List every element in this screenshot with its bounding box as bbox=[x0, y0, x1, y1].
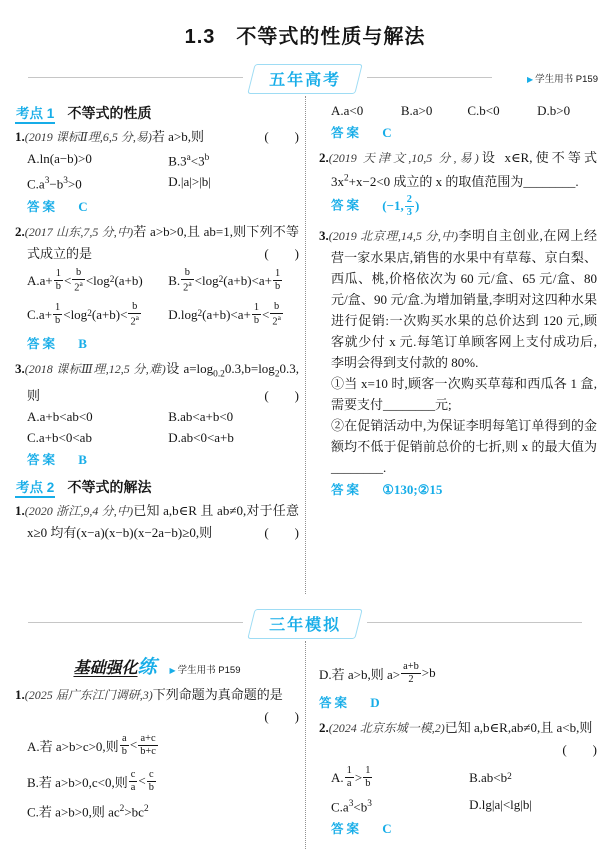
practice-heading: 基础强化练▶学生用书 P159 bbox=[15, 652, 299, 679]
banner-rule-left bbox=[28, 77, 243, 78]
practice-student-book-ref: ▶学生用书 P159 bbox=[170, 665, 241, 676]
answer-label: 答案 bbox=[331, 822, 362, 836]
option-d: D.lg|a|<lg|b| bbox=[469, 794, 597, 817]
option-d: D.log2(a+b)<a+1b<b2a bbox=[168, 298, 299, 332]
answer-label: 答案 bbox=[27, 200, 58, 214]
question-number: 2. bbox=[319, 150, 329, 165]
kaodian-2-title: 不等式的解法 bbox=[68, 479, 152, 495]
answer-value: C bbox=[382, 821, 391, 836]
ref-arrow-icon: ▶ bbox=[170, 666, 176, 675]
option-grid: A.a+1b<b2a<log2(a+b) B.b2a<log2(a+b)<a+1… bbox=[15, 264, 299, 332]
question-gk-r2: 2.(2019 天津文,10,5 分,易)设 x∈R,使不等式 3x2+x−2<… bbox=[319, 147, 597, 223]
question-text: 李明自主创业,在网上经营一家水果店,销售的水果中有草莓、京白梨、西瓜、桃,价格依… bbox=[331, 228, 597, 370]
question-stem: 3.(2019 北京理,14,5 分,中)李明自主创业,在网上经营一家水果店,销… bbox=[319, 225, 597, 373]
answer-row: 答案 (−1,23) bbox=[319, 192, 597, 223]
option-b: B.b2a<log2(a+b)<a+1b bbox=[168, 264, 299, 298]
answer-row: 答案 B bbox=[15, 448, 299, 472]
banner-rule-left bbox=[28, 622, 243, 623]
option-a: A.a+b<ab<0 bbox=[27, 406, 168, 427]
answer-value: B bbox=[78, 336, 87, 351]
option-a: A.a<0 bbox=[331, 100, 401, 121]
question-number: 3. bbox=[15, 361, 25, 376]
sub-question-2: ②在促销活动中,为保证李明每笔订单得到的金额均不低于促销前总价的七折,则 x 的… bbox=[319, 415, 597, 478]
answer-blank-paren: ( ) bbox=[264, 385, 299, 406]
practice-title-main: 基础强化 bbox=[73, 660, 137, 677]
answer-blank-paren: ( ) bbox=[264, 126, 299, 147]
option-grid: A.a<0 B.a>0 C.b<0 D.b>0 bbox=[319, 100, 597, 121]
option-d: D.|a|>|b| bbox=[168, 171, 299, 194]
practice-title-accent: 练 bbox=[138, 657, 157, 678]
question-number: 1. bbox=[15, 687, 25, 702]
question-mn-1-continued: D.若 a>b,则 a>a+b2>b 答案 D bbox=[319, 645, 597, 715]
option-d: D.b>0 bbox=[537, 100, 597, 121]
option-b: B.若 a>b>0,c<0,则ca<cb bbox=[15, 763, 299, 799]
question-stem: 1.(2025 届广东江门调研,3)下列命题为真命题的是( ) bbox=[15, 684, 299, 727]
option-c: C.a+b<0<ab bbox=[27, 427, 168, 448]
answer-value: (−1,23) bbox=[382, 198, 419, 213]
option-c: C.若 a>b>0,则 ac2>bc2 bbox=[15, 799, 299, 822]
question-source: (2018 课标Ⅲ理,12,5 分,难) bbox=[25, 362, 166, 376]
ref-text: 学生用书 P159 bbox=[535, 74, 598, 85]
question-stem: 1.(2019 课标Ⅱ理,6,5 分,易)若 a>b,则( ) bbox=[15, 126, 299, 148]
question-gk-r3: 3.(2019 北京理,14,5 分,中)李明自主创业,在网上经营一家水果店,销… bbox=[319, 225, 597, 502]
question-gk-3: 3.(2018 课标Ⅲ理,12,5 分,难)设 a=log0.20.3,b=lo… bbox=[15, 358, 299, 473]
answer-row: 答案 D bbox=[319, 691, 597, 715]
option-a: A.ln(a−b)>0 bbox=[27, 148, 168, 171]
question-mn-1: 1.(2025 届广东江门调研,3)下列命题为真命题的是( ) A.若 a>b>… bbox=[15, 684, 299, 822]
gaokao-left-column: 考点 1 不等式的性质 1.(2019 课标Ⅱ理,6,5 分,易)若 a>b,则… bbox=[13, 96, 305, 594]
gaokao-section: 考点 1 不等式的性质 1.(2019 课标Ⅱ理,6,5 分,易)若 a>b,则… bbox=[0, 96, 610, 594]
answer-label: 答案 bbox=[331, 199, 362, 213]
kaodian-1-badge: 考点 1 bbox=[15, 106, 55, 124]
answer-label: 答案 bbox=[27, 453, 58, 467]
question-stem: 1.(2020 浙江,9,4 分,中)已知 a,b∈R 且 ab≠0,对于任意 … bbox=[15, 500, 299, 543]
question-number: 2. bbox=[319, 720, 329, 735]
answer-blank-paren: ( ) bbox=[264, 243, 299, 264]
question-gk-k2-1: 1.(2020 浙江,9,4 分,中)已知 a,b∈R 且 ab≠0,对于任意 … bbox=[15, 500, 299, 543]
sub-question-1: ①当 x=10 时,顾客一次购买草莓和西瓜各 1 盒,需要支付________元… bbox=[319, 373, 597, 415]
question-source: (2019 天津文,10,5 分,易) bbox=[329, 151, 479, 165]
question-gk-k2-1-options: A.a<0 B.a>0 C.b<0 D.b>0 答案 C bbox=[319, 100, 597, 145]
question-text: 若 a>b,则 bbox=[152, 129, 204, 144]
student-book-ref: ▶学生用书 P159 bbox=[523, 71, 598, 85]
banner-rule-right bbox=[367, 77, 492, 78]
question-stem: 2.(2017 山东,7,5 分,中)若 a>b>0,且 ab=1,则下列不等式… bbox=[15, 221, 299, 264]
answer-row: 答案 C bbox=[319, 817, 597, 841]
question-text: 已知 a,b∈R,ab≠0,且 a<b,则 bbox=[445, 720, 593, 735]
gaokao-right-column: A.a<0 B.a>0 C.b<0 D.b>0 答案 C 2.(2019 天津文… bbox=[305, 96, 597, 594]
moni-right-column: D.若 a>b,则 a>a+b2>b 答案 D 2.(2024 北京东城一模,2… bbox=[305, 641, 597, 849]
moni-section: 基础强化练▶学生用书 P159 1.(2025 届广东江门调研,3)下列命题为真… bbox=[0, 641, 610, 849]
option-grid: A.1a>1b B.ab<b2 C.a3<b3 D.lg|a|<lg|b| bbox=[319, 760, 597, 817]
option-c: C.b<0 bbox=[467, 100, 537, 121]
answer-value: C bbox=[382, 125, 391, 140]
answer-row: 答案 C bbox=[15, 195, 299, 219]
option-a: A.a+1b<b2a<log2(a+b) bbox=[27, 264, 168, 298]
option-c: C.a3<b3 bbox=[331, 794, 469, 817]
ref-arrow-icon: ▶ bbox=[527, 75, 533, 84]
answer-blank-paren: ( ) bbox=[264, 706, 299, 727]
question-number: 1. bbox=[15, 503, 25, 518]
option-c: C.a3−b3>0 bbox=[27, 171, 168, 194]
question-gk-2: 2.(2017 山东,7,5 分,中)若 a>b>0,且 ab=1,则下列不等式… bbox=[15, 221, 299, 356]
question-stem: 3.(2018 课标Ⅲ理,12,5 分,难)设 a=log0.20.3,b=lo… bbox=[15, 358, 299, 407]
question-stem: 2.(2024 北京东城一模,2)已知 a,b∈R,ab≠0,且 a<b,则( … bbox=[319, 717, 597, 760]
option-d: D.ab<0<a+b bbox=[168, 427, 299, 448]
question-source: (2019 课标Ⅱ理,6,5 分,易) bbox=[25, 130, 152, 144]
kaodian-1-title: 不等式的性质 bbox=[68, 105, 152, 121]
moni-banner: 三年模拟 bbox=[0, 607, 610, 637]
answer-label: 答案 bbox=[331, 483, 362, 497]
question-text: 下列命题为真命题的是 bbox=[153, 687, 283, 702]
banner-rule-right bbox=[367, 622, 582, 623]
question-number: 1. bbox=[15, 129, 25, 144]
option-c: C.a+1b<log2(a+b)<b2a bbox=[27, 298, 168, 332]
moni-flag: 三年模拟 bbox=[247, 609, 362, 639]
question-gk-1: 1.(2019 课标Ⅱ理,6,5 分,易)若 a>b,则( ) A.ln(a−b… bbox=[15, 126, 299, 219]
answer-value: ①130;②15 bbox=[382, 482, 442, 497]
option-grid: A.ln(a−b)>0 B.3a<3b C.a3−b3>0 D.|a|>|b| bbox=[15, 148, 299, 195]
moni-left-column: 基础强化练▶学生用书 P159 1.(2025 届广东江门调研,3)下列命题为真… bbox=[13, 641, 305, 849]
answer-blank-paren: ( ) bbox=[264, 522, 299, 543]
question-mn-2: 2.(2024 北京东城一模,2)已知 a,b∈R,ab≠0,且 a<b,则( … bbox=[319, 717, 597, 841]
answer-blank-paren: ( ) bbox=[562, 739, 597, 760]
answer-label: 答案 bbox=[27, 337, 58, 351]
option-b: B.ab<b2 bbox=[469, 760, 597, 794]
kaodian-2-heading: 考点 2 不等式的解法 bbox=[15, 476, 299, 497]
answer-value: C bbox=[78, 199, 87, 214]
question-source: (2024 北京东城一模,2) bbox=[329, 721, 445, 735]
kaodian-1-heading: 考点 1 不等式的性质 bbox=[15, 102, 299, 123]
question-source: (2020 浙江,9,4 分,中) bbox=[25, 504, 133, 518]
answer-label: 答案 bbox=[331, 126, 362, 140]
answer-row: 答案 ①130;②15 bbox=[319, 478, 597, 502]
question-number: 2. bbox=[15, 224, 25, 239]
option-b: B.ab<a+b<0 bbox=[168, 406, 299, 427]
answer-label: 答案 bbox=[319, 696, 350, 710]
option-a: A.1a>1b bbox=[331, 760, 469, 794]
moni-flag-label: 三年模拟 bbox=[269, 612, 341, 635]
gaokao-flag: 五年高考 bbox=[247, 64, 362, 94]
page: 1.3 不等式的性质与解法 五年高考 ▶学生用书 P159 考点 1 不等式的性… bbox=[0, 0, 610, 849]
question-stem: 2.(2019 天津文,10,5 分,易)设 x∈R,使不等式 3x2+x−2<… bbox=[319, 147, 597, 192]
question-number: 3. bbox=[319, 228, 329, 243]
page-title: 1.3 不等式的性质与解法 bbox=[0, 0, 610, 49]
option-b: B.3a<3b bbox=[168, 148, 299, 171]
option-d: D.若 a>b,则 a>a+b2>b bbox=[319, 655, 597, 691]
option-grid: A.a+b<ab<0 B.ab<a+b<0 C.a+b<0<ab D.ab<0<… bbox=[15, 406, 299, 448]
answer-value: B bbox=[78, 452, 87, 467]
question-source: (2017 山东,7,5 分,中) bbox=[25, 225, 133, 239]
question-source: (2019 北京理,14,5 分,中) bbox=[329, 229, 458, 243]
option-a: A.若 a>b>c>0,则ab<a+cb+c bbox=[15, 727, 299, 763]
answer-value: D bbox=[370, 695, 379, 710]
ref-text: 学生用书 P159 bbox=[178, 665, 241, 676]
option-b: B.a>0 bbox=[401, 100, 468, 121]
answer-row: 答案 C bbox=[319, 121, 597, 145]
question-source: (2025 届广东江门调研,3) bbox=[25, 688, 153, 702]
kaodian-2-badge: 考点 2 bbox=[15, 480, 55, 498]
gaokao-banner: 五年高考 ▶学生用书 P159 bbox=[0, 62, 610, 92]
answer-row: 答案 B bbox=[15, 332, 299, 356]
gaokao-flag-label: 五年高考 bbox=[269, 67, 341, 90]
